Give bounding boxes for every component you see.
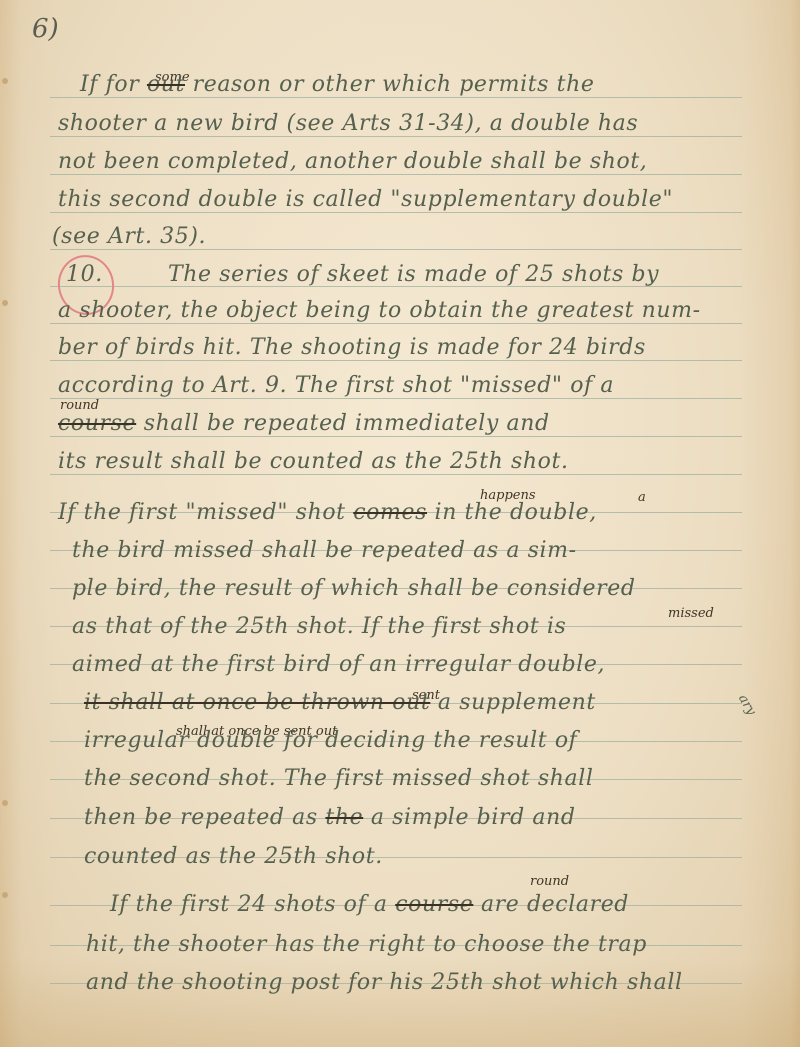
text-line-6: The series of skeet is made of 25 shots … xyxy=(168,262,659,287)
ruled-line xyxy=(50,136,742,137)
binder-hole xyxy=(2,892,8,898)
struck-phrase: it shall at once be thrown out xyxy=(84,690,430,715)
text-line-2: shooter a new bird (see Arts 31-34), a d… xyxy=(58,111,638,136)
manuscript-page: 6) some If for out reason or other which… xyxy=(0,0,800,1047)
text-line-8: ber of birds hit. The shooting is made f… xyxy=(58,335,646,360)
text-line-1: If for out reason or other which permits… xyxy=(80,72,594,97)
text-line-3: not been completed, another double shall… xyxy=(58,149,647,174)
binder-hole xyxy=(2,800,8,806)
ruled-line xyxy=(50,249,742,250)
text-line-7: a shooter, the object being to obtain th… xyxy=(58,298,701,323)
ruled-line xyxy=(50,474,742,475)
text-line-18: irregular double for deciding the result… xyxy=(84,728,577,753)
text-line-14: ple bird, the result of which shall be c… xyxy=(72,576,636,601)
text-line-19: the second shot. The first missed shot s… xyxy=(84,766,594,791)
ruled-line xyxy=(50,360,742,361)
binder-hole xyxy=(2,300,8,306)
text-line-13: the bird missed shall be repeated as a s… xyxy=(72,538,577,563)
text-line-23: hit, the shooter has the right to choose… xyxy=(86,932,647,957)
insertion-round-2: round xyxy=(530,874,569,889)
text-line-9: according to Art. 9. The first shot "mis… xyxy=(58,373,614,398)
paragraph-number: 10. xyxy=(66,262,103,287)
struck-word: course xyxy=(58,411,136,436)
page-number: 6) xyxy=(32,14,59,44)
insertion-a: a xyxy=(638,490,646,505)
text-line-11: its result shall be counted as the 25th … xyxy=(58,449,569,474)
ruled-line xyxy=(50,323,742,324)
insertion-missed: missed xyxy=(668,606,714,621)
struck-word: course xyxy=(395,892,473,917)
text-line-17: it shall at once be thrown out a supplem… xyxy=(84,690,596,715)
text-line-4: this second double is called "supplement… xyxy=(58,187,673,212)
text-line-15: as that of the 25th shot. If the first s… xyxy=(72,614,566,639)
text-line-16: aimed at the first bird of an irregular … xyxy=(72,652,605,677)
text-line-24: and the shooting post for his 25th shot … xyxy=(86,970,683,995)
text-line-10: course shall be repeated immediately and xyxy=(58,411,550,436)
text-line-22: If the first 24 shots of a course are de… xyxy=(110,892,629,917)
ruled-line xyxy=(50,398,742,399)
text-line-21: counted as the 25th shot. xyxy=(84,844,383,869)
margin-continuation: ary xyxy=(735,692,759,718)
ruled-line xyxy=(50,436,742,437)
ruled-line xyxy=(50,212,742,213)
binder-hole xyxy=(2,78,8,84)
ruled-line xyxy=(50,174,742,175)
text-line-12: If the first "missed" shot comes in the … xyxy=(58,500,597,525)
text-line-5: (see Art. 35). xyxy=(52,224,206,249)
struck-word: the xyxy=(325,805,363,830)
struck-word: comes xyxy=(353,500,427,525)
struck-word: out xyxy=(147,72,185,97)
text-line-20: then be repeated as the a simple bird an… xyxy=(84,805,576,830)
ruled-line xyxy=(50,97,742,98)
